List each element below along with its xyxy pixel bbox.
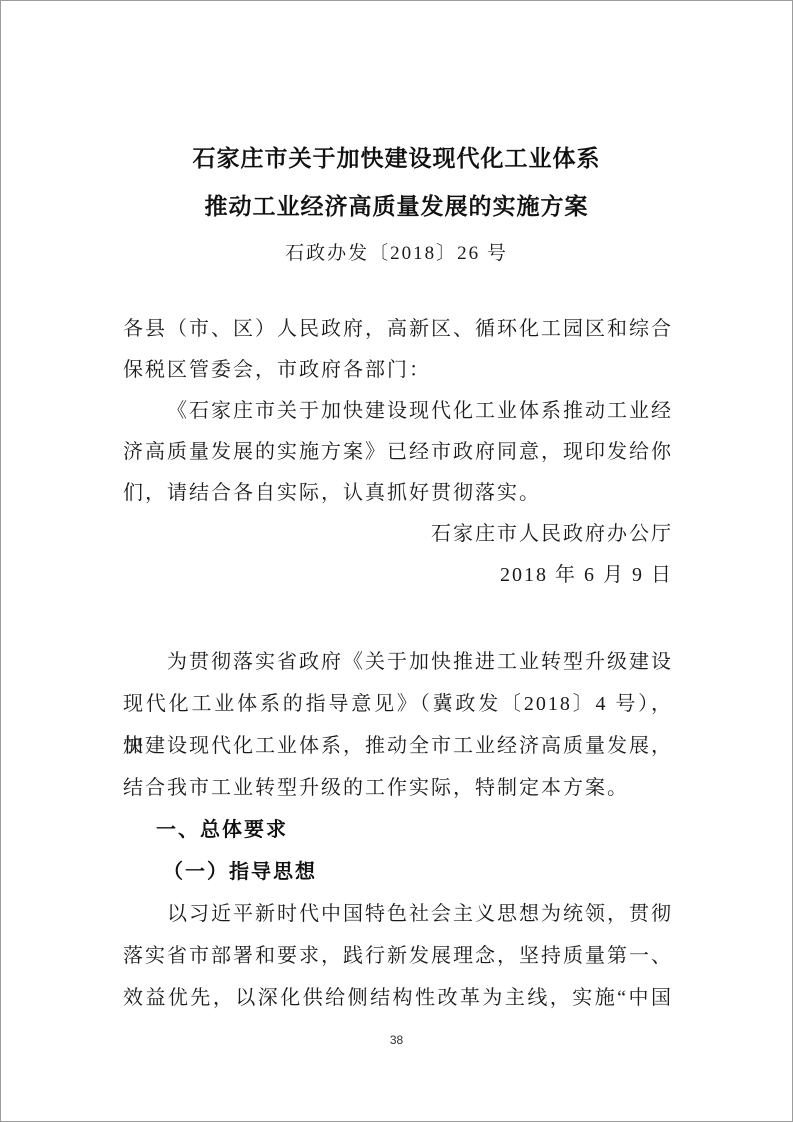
subsection-heading: （一）指导思想 — [123, 851, 673, 893]
salutation-line-1: 各县（市、区）人民政府，高新区、循环化工园区和综合 — [123, 309, 673, 350]
preamble-line-1: 为贯彻落实省政府《关于加快推进工业转型升级建设 — [123, 641, 673, 683]
guiding-para-line-3: 效益优先，以深化供给侧结构性改革为主线，实施“中国 — [123, 977, 673, 1019]
preamble-line-2: 现代化工业体系的指导意见》（冀政发〔2018〕4 号），加 — [123, 683, 673, 725]
document-content: 各县（市、区）人民政府，高新区、循环化工园区和综合 保税区管委会，市政府各部门：… — [123, 309, 673, 1019]
guiding-para-line-1: 以习近平新时代中国特色社会主义思想为统领，贯彻 — [123, 893, 673, 935]
signature-org: 石家庄市人民政府办公厅 — [123, 514, 673, 555]
guiding-para-line-2: 落实省市部署和要求，践行新发展理念，坚持质量第一、 — [123, 935, 673, 977]
notice-para-line-1: 《石家庄市关于加快建设现代化工业体系推动工业经 — [123, 391, 673, 432]
signature-date: 2018 年 6 月 9 日 — [123, 555, 673, 596]
document-title: 石家庄市关于加快建设现代化工业体系 推动工业经济高质量发展的实施方案 — [1, 135, 792, 231]
page-number: 38 — [1, 1033, 792, 1047]
notice-para-line-3: 们，请结合各自实际，认真抓好贯彻落实。 — [123, 473, 673, 514]
preamble-line-4: 结合我市工业转型升级的工作实际，特制定本方案。 — [123, 767, 673, 809]
notice-para-line-2: 济高质量发展的实施方案》已经市政府同意，现印发给你 — [123, 432, 673, 473]
document-title-line1: 石家庄市关于加快建设现代化工业体系 — [1, 135, 792, 183]
document-page: 石家庄市关于加快建设现代化工业体系 推动工业经济高质量发展的实施方案 石政办发〔… — [0, 0, 793, 1122]
preamble-line-3: 快建设现代化工业体系，推动全市工业经济高质量发展， — [123, 725, 673, 767]
section-heading: 一、总体要求 — [123, 809, 673, 851]
paragraph-gap — [123, 596, 673, 641]
salutation-line-2: 保税区管委会，市政府各部门： — [123, 350, 673, 391]
document-number: 石政办发〔2018〕26 号 — [1, 239, 792, 269]
document-title-line2: 推动工业经济高质量发展的实施方案 — [1, 183, 792, 231]
